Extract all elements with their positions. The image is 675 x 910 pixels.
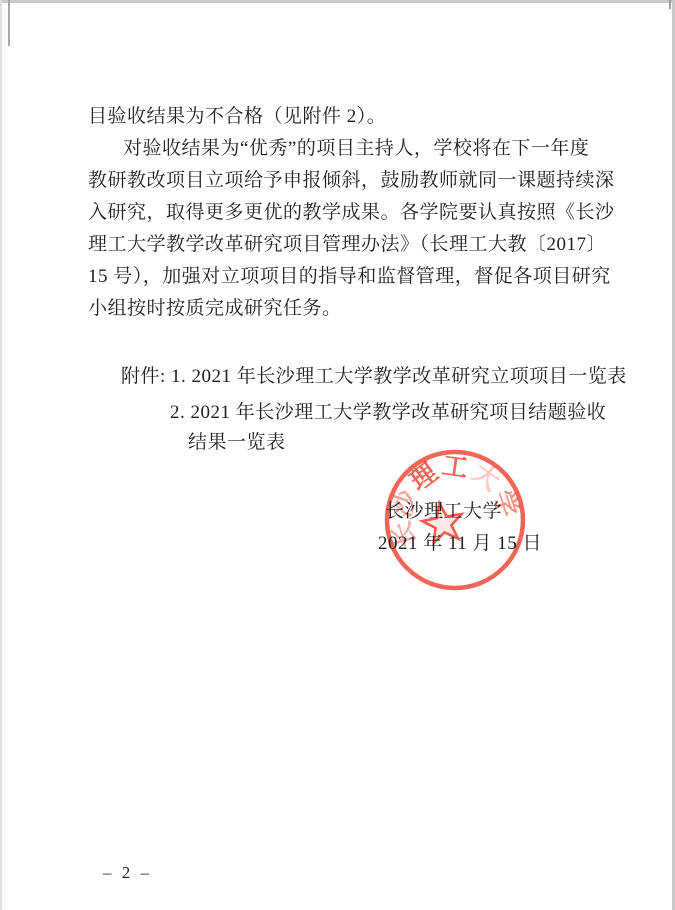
body-line: 对验收结果为“优秀”的项目主持人，学校将在下一年度 (88, 133, 628, 165)
attachment-line-2: 2. 2021 年长沙理工大学教学改革研究项目结题验收 (170, 399, 606, 427)
body-line: 15 号），加强对立项项目的指导和监督管理，督促各项目研究 (88, 261, 628, 293)
body-paragraphs: 目验收结果为不合格（见附件 2）。 对验收结果为“优秀”的项目主持人，学校将在下… (88, 101, 628, 325)
attachment-line-3: 结果一览表 (188, 429, 286, 457)
body-line: 理工大学教学改革研究项目管理办法》（长理工大教〔2017〕 (88, 229, 628, 261)
scan-edge-left (0, 0, 2, 910)
signature-issuer: 长沙理工大学 (385, 502, 502, 522)
attachment-line-1: 附件: 1. 2021 年长沙理工大学教学改革研究立项项目一览表 (121, 363, 627, 391)
body-line: 教研教改项目立项给予申报倾斜，鼓励教师就同一课题持续深 (88, 165, 628, 197)
seal-ring-char: 工 (440, 451, 470, 483)
official-seal: 长 沙 理 工 大 学 (377, 442, 537, 602)
body-line: 小组按时按质完成研究任务。 (88, 293, 628, 325)
page-number: – 2 – (103, 863, 152, 883)
scan-edge-top (0, 0, 675, 3)
scan-mark-top-left (8, 0, 10, 46)
body-line: 入研究，取得更多更优的教学成果。各学院要认真按照《长沙 (88, 197, 628, 229)
document-page: 目验收结果为不合格（见附件 2）。 对验收结果为“优秀”的项目主持人，学校将在下… (0, 0, 675, 910)
body-line: 目验收结果为不合格（见附件 2）。 (88, 101, 628, 133)
seal-ring-char: 大 (467, 458, 505, 497)
signature-date: 2021 年 11 月 15 日 (378, 534, 542, 554)
seal-ring-char: 理 (405, 457, 444, 496)
scan-mark-top-right (669, 0, 671, 9)
